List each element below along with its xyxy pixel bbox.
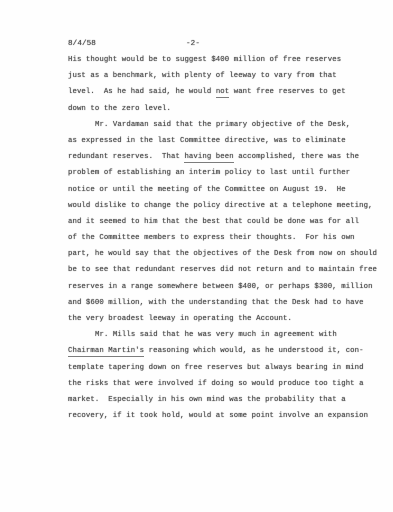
text-segment: recovery, if it took hold, would at some… [68,412,368,420]
text-segment: level. As he had said, he would [68,88,216,96]
text-segment: and $600 million, with the understanding… [68,299,364,307]
text-segment: the risks that were involved if doing so… [68,380,364,388]
text-segment: part, he would say that the objectives o… [68,250,377,258]
document-body: His thought would be to suggest $400 mil… [68,52,368,424]
text-line: market. Especially in his own mind was t… [68,392,368,408]
text-line: of the Committee members to express thei… [68,230,368,246]
text-line: be to see that redundant reserves did no… [68,262,368,278]
underlined-text: Chairman Martin's [68,347,144,357]
text-segment: problem of establishing an interim polic… [68,169,350,177]
text-segment: of the Committee members to express thei… [68,234,355,242]
text-line: Chairman Martin's reasoning which would,… [68,343,368,359]
text-line: level. As he had said, he would not want… [68,84,368,100]
text-segment: template tapering down on free reserves … [68,364,364,372]
text-segment: as expressed in the last Committee direc… [68,137,346,145]
text-segment: Mr. Vardaman said that the primary objec… [95,121,350,129]
text-line: the risks that were involved if doing so… [68,376,368,392]
text-line: redundant reserves. That having been acc… [68,149,368,165]
text-line: reserves in a range somewhere between $4… [68,279,368,295]
text-segment: would dislike to change the policy direc… [68,202,373,210]
text-line: and it seemed to him that the best that … [68,214,368,230]
text-line: just as a benchmark, with plenty of leew… [68,68,368,84]
text-segment: reserves in a range somewhere between $4… [68,283,373,291]
text-line: Mr. Vardaman said that the primary objec… [68,117,368,133]
text-line: template tapering down on free reserves … [68,360,368,376]
text-segment: the very broadest leeway in operating th… [68,315,292,323]
text-line: notice or until the meeting of the Commi… [68,182,368,198]
text-segment: Mr. Mills said that he was very much in … [95,331,337,339]
text-line: Mr. Mills said that he was very much in … [68,327,368,343]
text-segment: reasoning which would, as he understood … [144,347,363,355]
text-segment: market. Especially in his own mind was t… [68,396,346,404]
text-segment: redundant reserves. That [68,153,184,161]
text-line: problem of establishing an interim polic… [68,165,368,181]
text-line: down to the zero level. [68,101,368,117]
text-segment: down to the zero level. [68,105,171,113]
document-page: 8/4/58 -2- His thought would be to sugge… [0,0,393,512]
text-segment: His thought would be to suggest $400 mil… [68,56,341,64]
text-segment: want free reserves to get [229,88,345,96]
text-line: recovery, if it took hold, would at some… [68,408,368,424]
header-date: 8/4/58 [68,40,96,48]
underlined-text: having been [184,153,233,163]
text-segment: be to see that redundant reserves did no… [68,266,377,274]
text-line: and $600 million, with the understanding… [68,295,368,311]
text-segment: accomplished, there was the [234,153,359,161]
text-segment: notice or until the meeting of the Commi… [68,186,346,194]
text-segment: and it seemed to him that the best that … [68,218,359,226]
page-number: -2- [186,40,200,48]
text-line: His thought would be to suggest $400 mil… [68,52,368,68]
text-line: as expressed in the last Committee direc… [68,133,368,149]
text-line: the very broadest leeway in operating th… [68,311,368,327]
underlined-text: not [216,88,229,98]
text-segment: just as a benchmark, with plenty of leew… [68,72,337,80]
text-line: part, he would say that the objectives o… [68,246,368,262]
text-line: would dislike to change the policy direc… [68,198,368,214]
